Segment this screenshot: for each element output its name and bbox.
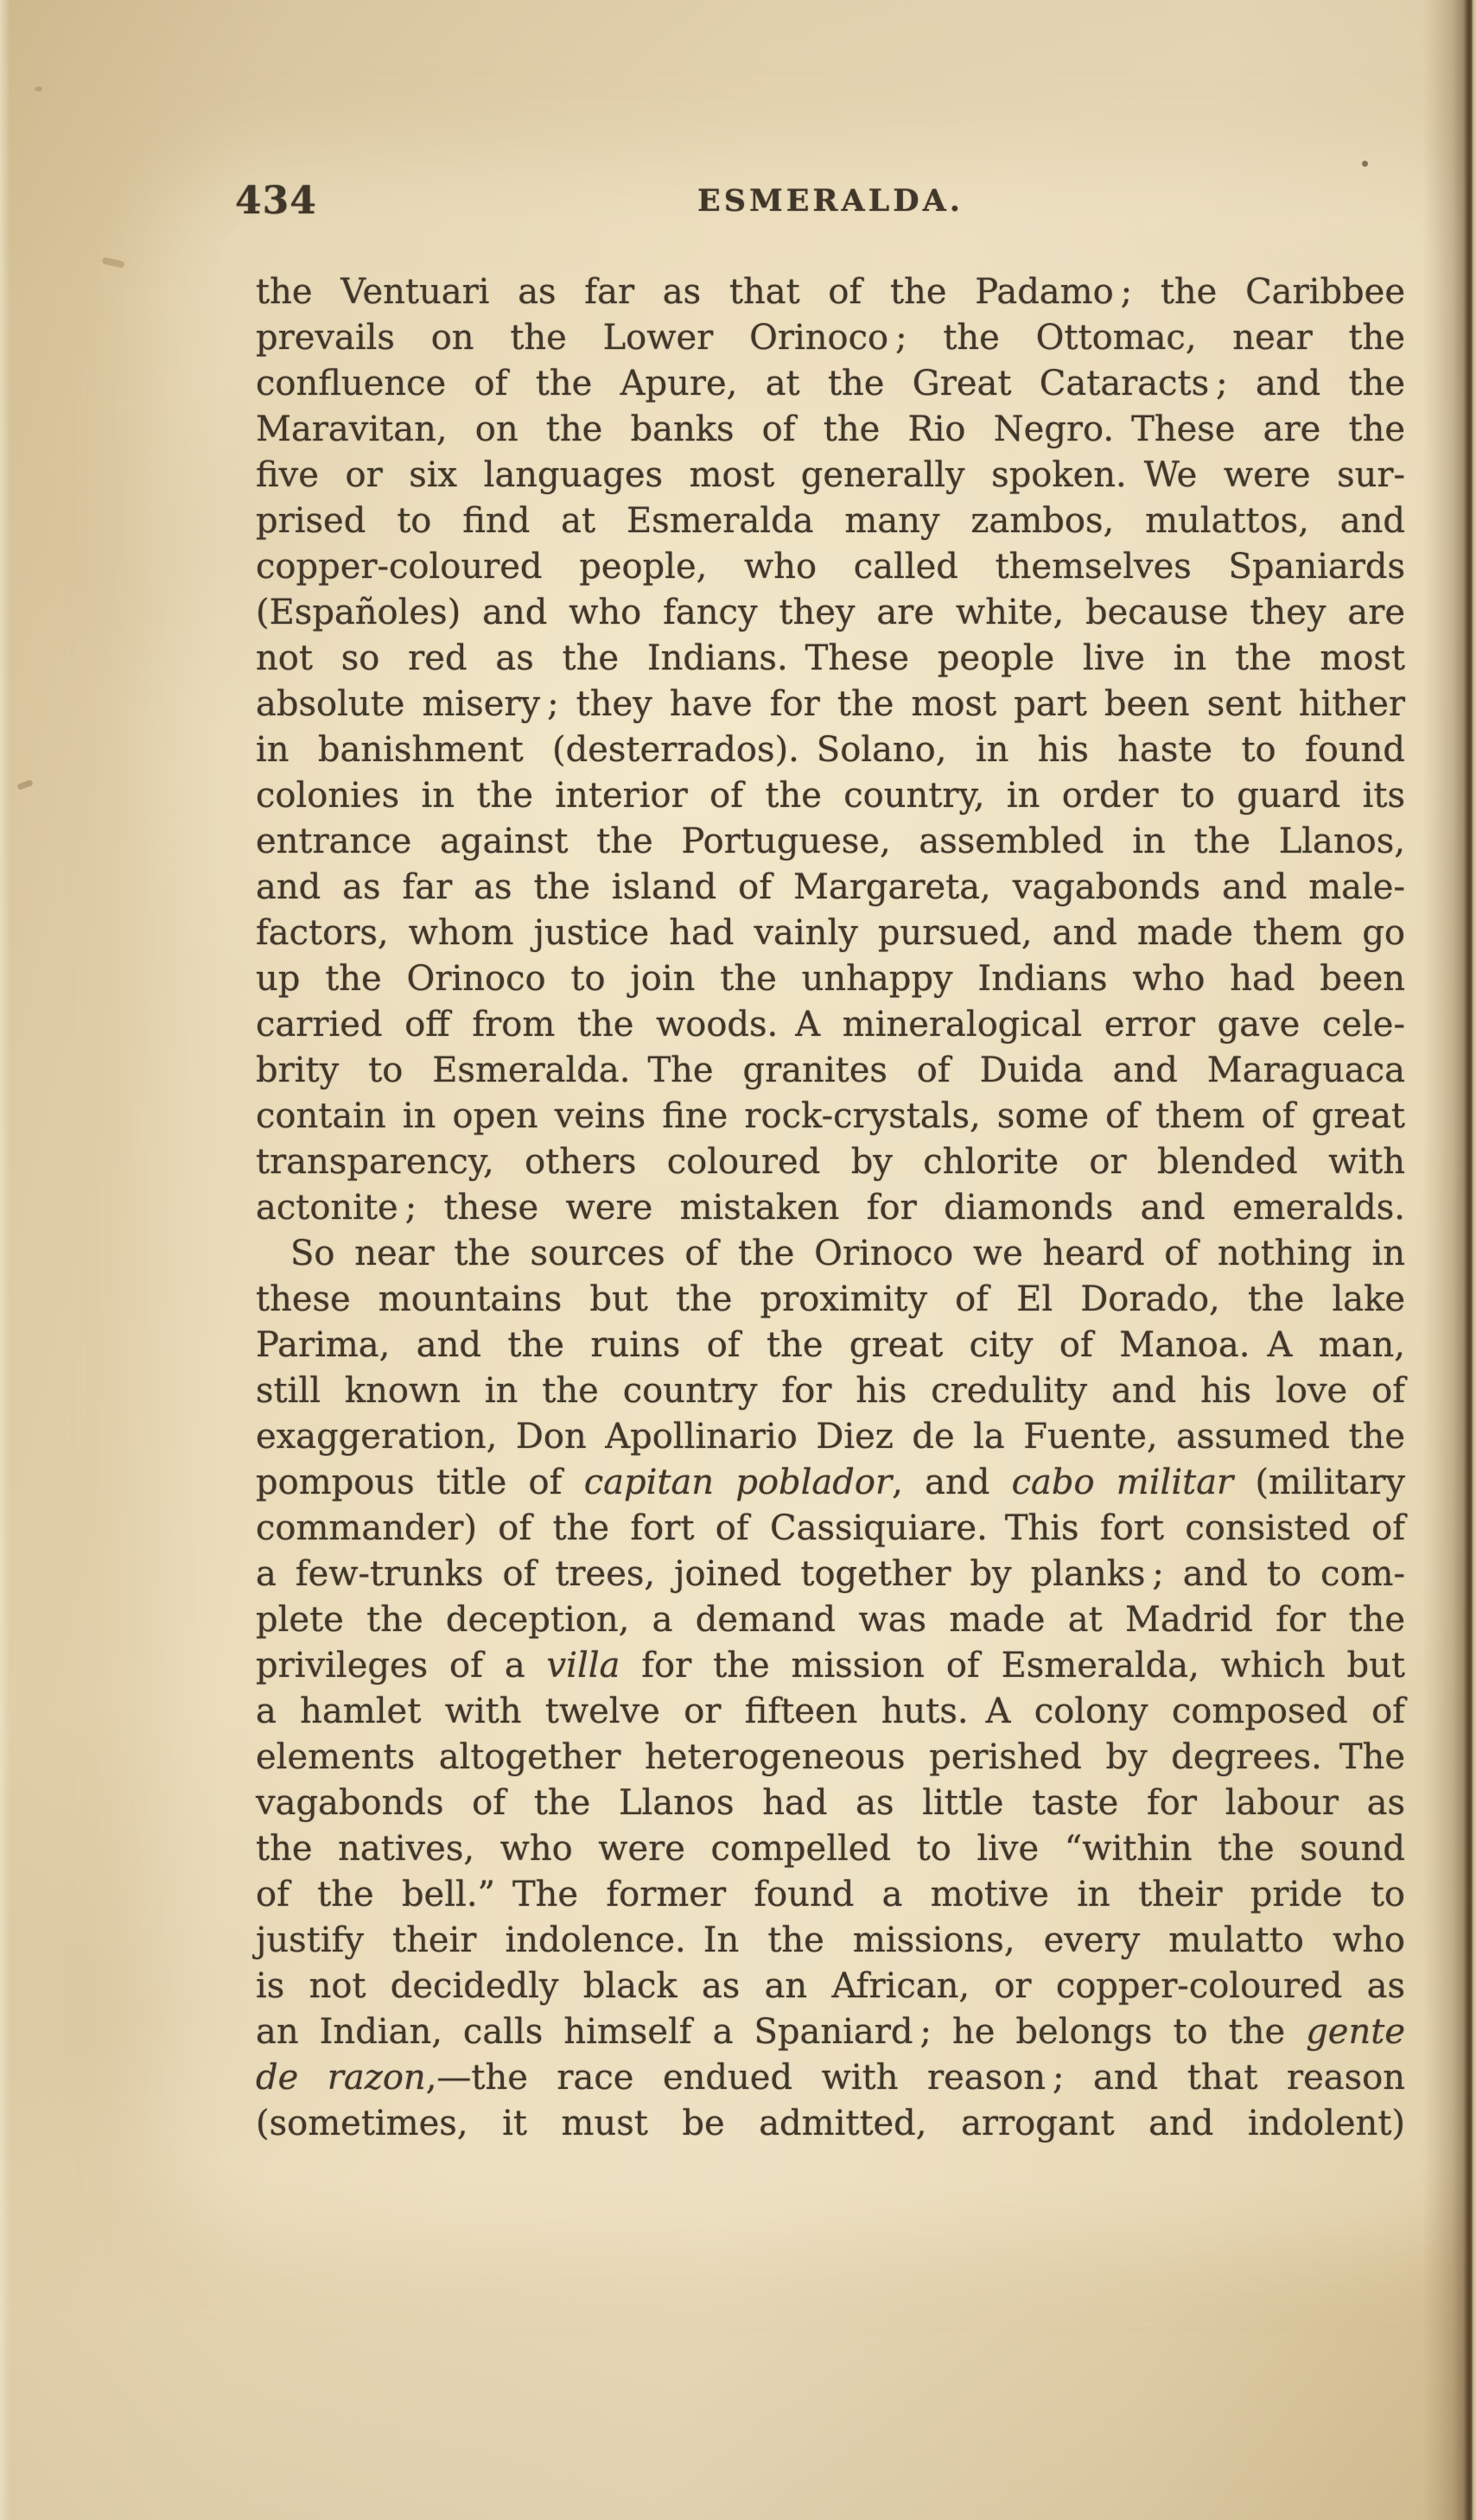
text-line-content: contain in open veins fine rock-crystals…	[256, 1096, 1405, 1136]
text-segment: a few-trunks of trees, joined together b…	[256, 1554, 1405, 1594]
text-line-content: colonies in the interior of the country,…	[256, 776, 1405, 816]
text-segment: transparency, others coloured by chlorit…	[256, 1142, 1405, 1182]
text-line-content: these mountains but the proximity of El …	[256, 1279, 1405, 1319]
text-line-content: transparency, others coloured by chlorit…	[256, 1142, 1405, 1182]
text-line: of the bell.” The former found a motive …	[256, 1872, 1405, 1918]
text-segment: So near the sources of the Orinoco we he…	[290, 1234, 1405, 1273]
text-line: actonite ; these were mistaken for diamo…	[256, 1185, 1405, 1231]
text-line: transparency, others coloured by chlorit…	[256, 1139, 1405, 1185]
text-segment: vagabonds of the Llanos had as little ta…	[256, 1783, 1405, 1823]
text-segment: prised to find at Esmeralda many zambos,…	[256, 501, 1405, 541]
text-line-content: vagabonds of the Llanos had as little ta…	[256, 1783, 1405, 1823]
paper-speck	[1362, 161, 1368, 167]
text-line-content: a few-trunks of trees, joined together b…	[256, 1554, 1405, 1594]
text-segment: factors, whom justice had vainly pursued…	[256, 913, 1405, 953]
text-segment: actonite ; these were mistaken for diamo…	[256, 1188, 1405, 1228]
text-segment: confluence of the Apure, at the Great Ca…	[256, 364, 1405, 403]
text-line-content: is not decidedly black as an African, or…	[256, 1966, 1405, 2006]
text-line: copper-coloured people, who called thems…	[256, 544, 1405, 590]
text-line-content: (Españoles) and who fancy they are white…	[256, 593, 1405, 632]
text-segment: justify their indolence. In the missions…	[256, 1920, 1405, 1960]
text-line-content: and as far as the island of Margareta, v…	[256, 867, 1405, 907]
text-segment: a hamlet with twelve or fifteen huts. A …	[256, 1692, 1405, 1731]
text-segment: brity to Esmeralda. The granites of Duid…	[256, 1051, 1405, 1090]
text-line: brity to Esmeralda. The granites of Duid…	[256, 1048, 1405, 1094]
text-line-content: prised to find at Esmeralda many zambos,…	[256, 501, 1405, 541]
text-line-content: plete the deception, a demand was made a…	[256, 1600, 1405, 1640]
text-segment: these mountains but the proximity of El …	[256, 1279, 1405, 1319]
text-segment: Maravitan, on the banks of the Rio Negro…	[256, 409, 1405, 449]
paper-speck	[16, 779, 33, 790]
text-line: colonies in the interior of the country,…	[256, 773, 1405, 819]
text-segment: prevails on the Lower Orinoco ; the Otto…	[256, 318, 1405, 358]
text-line-content: exaggeration, Don Apollinario Diez de la…	[256, 1417, 1405, 1457]
text-segment: up the Orinoco to join the unhappy India…	[256, 959, 1405, 999]
text-segment: , and	[892, 1463, 1012, 1502]
text-line: Maravitan, on the banks of the Rio Negro…	[256, 407, 1405, 453]
paper-speck	[101, 257, 124, 268]
text-segment: exaggeration, Don Apollinario Diez de la…	[256, 1417, 1405, 1457]
text-segment: the natives, who were compelled to live …	[256, 1829, 1405, 1869]
text-line-content: factors, whom justice had vainly pursued…	[256, 913, 1405, 953]
text-segment: carried off from the woods. A mineralogi…	[256, 1005, 1405, 1044]
text-line-content: five or six languages most generally spo…	[256, 455, 1405, 495]
text-line-content: absolute misery ; they have for the most…	[256, 684, 1405, 724]
italic-text: gente	[1306, 2012, 1405, 2052]
italic-text: capitan poblador	[584, 1463, 892, 1502]
text-segment: of the bell.” The former found a motive …	[256, 1875, 1405, 1914]
text-line: not so red as the Indians. These people …	[256, 636, 1405, 682]
text-segment: (sometimes, it must be admitted, arrogan…	[256, 2104, 1405, 2143]
text-line-content: commander) of the fort of Cassiquiare. T…	[256, 1508, 1405, 1548]
text-line-content: elements altogether heterogeneous perish…	[256, 1737, 1405, 1777]
text-line-content: privileges of a villa for the mission of…	[256, 1646, 1405, 1685]
text-line: and as far as the island of Margareta, v…	[256, 865, 1405, 911]
text-segment: elements altogether heterogeneous perish…	[256, 1737, 1405, 1777]
text-line-content: justify their indolence. In the missions…	[256, 1920, 1405, 1960]
text-line: Parima, and the ruins of the great city …	[256, 1323, 1405, 1368]
italic-text: de razon	[256, 2058, 426, 2098]
paper-speck	[35, 86, 42, 92]
text-line: commander) of the fort of Cassiquiare. T…	[256, 1506, 1405, 1552]
text-line-content: brity to Esmeralda. The granites of Duid…	[256, 1051, 1405, 1090]
text-segment: entrance against the Portuguese, assembl…	[256, 822, 1405, 861]
text-line-content: carried off from the woods. A mineralogi…	[256, 1005, 1405, 1044]
text-line-content: Maravitan, on the banks of the Rio Negro…	[256, 409, 1405, 449]
text-line: prised to find at Esmeralda many zambos,…	[256, 498, 1405, 544]
text-line: factors, whom justice had vainly pursued…	[256, 911, 1405, 956]
text-segment: five or six languages most generally spo…	[256, 455, 1405, 495]
text-line-content: a hamlet with twelve or fifteen huts. A …	[256, 1692, 1405, 1731]
text-line: carried off from the woods. A mineralogi…	[256, 1002, 1405, 1048]
text-line-content: So near the sources of the Orinoco we he…	[290, 1234, 1405, 1273]
text-segment: colonies in the interior of the country,…	[256, 776, 1405, 816]
text-segment: plete the deception, a demand was made a…	[256, 1600, 1405, 1640]
text-line: absolute misery ; they have for the most…	[256, 682, 1405, 727]
text-segment: contain in open veins fine rock-crystals…	[256, 1096, 1405, 1136]
text-line: these mountains but the proximity of El …	[256, 1277, 1405, 1323]
text-line: de razon,—the race endued with reason ; …	[256, 2055, 1405, 2101]
text-segment: and as far as the island of Margareta, v…	[256, 867, 1405, 907]
text-line: is not decidedly black as an African, or…	[256, 1964, 1405, 2009]
text-line-content: up the Orinoco to join the unhappy India…	[256, 959, 1405, 999]
text-segment: (military	[1233, 1463, 1405, 1502]
text-line-content: not so red as the Indians. These people …	[256, 638, 1405, 678]
text-line-content: Parima, and the ruins of the great city …	[256, 1325, 1405, 1365]
text-segment: pompous title of	[256, 1463, 584, 1502]
text-line: confluence of the Apure, at the Great Ca…	[256, 361, 1405, 407]
text-segment: (Españoles) and who fancy they are white…	[256, 593, 1405, 632]
text-segment: ,—the race endued with reason ; and that…	[426, 2058, 1405, 2098]
text-line-content: entrance against the Portuguese, assembl…	[256, 822, 1405, 861]
text-line-content: in banishment (desterrados). Solano, in …	[256, 730, 1405, 770]
text-line: in banishment (desterrados). Solano, in …	[256, 727, 1405, 773]
page-edge-shadow	[1422, 0, 1476, 2520]
text-line-content: actonite ; these were mistaken for diamo…	[256, 1188, 1405, 1228]
text-line: still known in the country for his credu…	[256, 1368, 1405, 1414]
text-segment: absolute misery ; they have for the most…	[256, 684, 1405, 724]
text-segment: still known in the country for his credu…	[256, 1371, 1405, 1411]
text-line: So near the sources of the Orinoco we he…	[256, 1231, 1405, 1277]
text-line: contain in open veins fine rock-crystals…	[256, 1094, 1405, 1139]
text-segment: privileges of a	[256, 1646, 547, 1685]
text-line: an Indian, calls himself a Spaniard ; he…	[256, 2009, 1405, 2055]
text-line: the natives, who were compelled to live …	[256, 1826, 1405, 1872]
text-line-content: an Indian, calls himself a Spaniard ; he…	[256, 2012, 1405, 2052]
text-line-content: pompous title of capitan poblador, and c…	[256, 1463, 1405, 1502]
scanned-book-page: 434 ESMERALDA. the Ventuari as far as th…	[0, 0, 1476, 2520]
italic-text: villa	[547, 1646, 620, 1685]
text-line: a few-trunks of trees, joined together b…	[256, 1552, 1405, 1597]
text-line-content: the natives, who were compelled to live …	[256, 1829, 1405, 1869]
text-line-content: copper-coloured people, who called thems…	[256, 547, 1405, 587]
italic-text: cabo militar	[1012, 1463, 1234, 1502]
text-line-content: prevails on the Lower Orinoco ; the Otto…	[256, 318, 1405, 358]
text-line: a hamlet with twelve or fifteen huts. A …	[256, 1689, 1405, 1735]
text-line: justify their indolence. In the missions…	[256, 1918, 1405, 1964]
text-line-content: de razon,—the race endued with reason ; …	[256, 2058, 1405, 2098]
text-segment: is not decidedly black as an African, or…	[256, 1966, 1405, 2006]
text-segment: copper-coloured people, who called thems…	[256, 547, 1405, 587]
text-line: (sometimes, it must be admitted, arrogan…	[256, 2101, 1405, 2147]
text-segment: commander) of the fort of Cassiquiare. T…	[256, 1508, 1405, 1548]
text-line: up the Orinoco to join the unhappy India…	[256, 956, 1405, 1002]
text-line-content: of the bell.” The former found a motive …	[256, 1875, 1405, 1914]
text-line-content: still known in the country for his credu…	[256, 1371, 1405, 1411]
text-line: exaggeration, Don Apollinario Diez de la…	[256, 1414, 1405, 1460]
running-title: ESMERALDA.	[256, 180, 1405, 223]
page-header: 434 ESMERALDA.	[256, 180, 1405, 223]
text-segment: in banishment (desterrados). Solano, in …	[256, 730, 1405, 770]
page-number: 434	[235, 180, 317, 223]
text-line-content: confluence of the Apure, at the Great Ca…	[256, 364, 1405, 403]
text-line: plete the deception, a demand was made a…	[256, 1597, 1405, 1643]
text-line: five or six languages most generally spo…	[256, 453, 1405, 498]
text-line: (Españoles) and who fancy they are white…	[256, 590, 1405, 636]
text-segment: not so red as the Indians. These people …	[256, 638, 1405, 678]
text-line: elements altogether heterogeneous perish…	[256, 1735, 1405, 1781]
text-line: prevails on the Lower Orinoco ; the Otto…	[256, 315, 1405, 361]
text-line-content: (sometimes, it must be admitted, arrogan…	[256, 2104, 1405, 2143]
text-line: vagabonds of the Llanos had as little ta…	[256, 1781, 1405, 1826]
text-line: pompous title of capitan poblador, and c…	[256, 1460, 1405, 1506]
text-line: privileges of a villa for the mission of…	[256, 1643, 1405, 1689]
text-segment: the Ventuari as far as that of the Padam…	[256, 272, 1405, 312]
text-line: the Ventuari as far as that of the Padam…	[256, 270, 1405, 315]
text-segment: for the mission of Esmeralda, which but	[620, 1646, 1405, 1685]
page-edge-left	[0, 0, 10, 2520]
text-segment: an Indian, calls himself a Spaniard ; he…	[256, 2012, 1306, 2052]
page-text-block: the Ventuari as far as that of the Padam…	[256, 270, 1405, 2147]
text-segment: Parima, and the ruins of the great city …	[256, 1325, 1405, 1365]
text-line-content: the Ventuari as far as that of the Padam…	[256, 272, 1405, 312]
text-line: entrance against the Portuguese, assembl…	[256, 819, 1405, 865]
